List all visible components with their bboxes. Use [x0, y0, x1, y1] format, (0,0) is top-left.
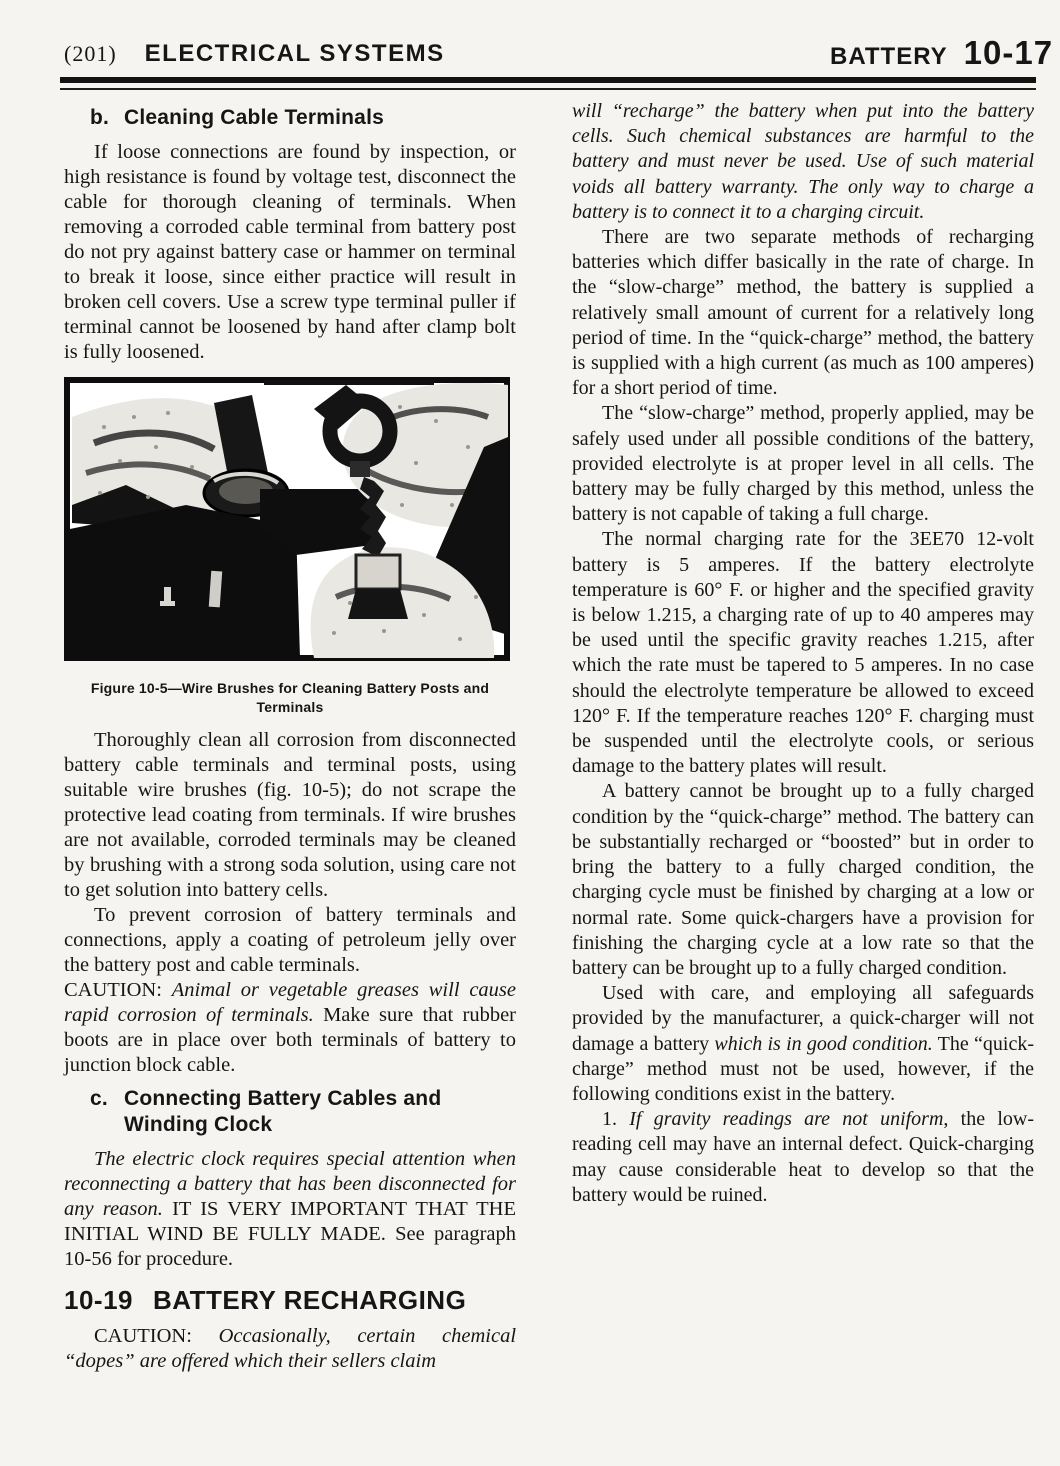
caution-label: CAUTION:	[94, 1325, 192, 1347]
heading-cleaning-cable-terminals: b. Cleaning Cable Terminals	[90, 105, 516, 131]
manual-page: (201) ELECTRICAL SYSTEMS BATTERY 10-17 b…	[0, 0, 1060, 1466]
figure-caption: Figure 10-5—Wire Brushes for Cleaning Ba…	[70, 679, 510, 717]
paragraph-thoroughly: Thoroughly clean all corrosion from disc…	[64, 728, 516, 903]
header-rule-thin	[60, 88, 1036, 90]
page-number: 10-17	[964, 34, 1053, 72]
caution-label: CAUTION:	[64, 979, 162, 1001]
paragraph-prevent-corrosion: To prevent corrosion of battery terminal…	[64, 903, 516, 978]
paragraph-charging-rate: The normal charging rate for the 3EE70 1…	[572, 527, 1034, 779]
paragraph-recharge-warning: will “recharge” the battery when put int…	[572, 99, 1034, 225]
heading-battery-recharging: 10-19 BATTERY RECHARGING	[64, 1285, 516, 1315]
page-reference: (201)	[64, 41, 117, 67]
right-column: will “recharge” the battery when put int…	[572, 99, 1034, 1208]
caution-dopes: CAUTION: Occasionally, certain chemical …	[64, 1324, 516, 1374]
paragraph-cleaning: If loose connections are found by inspec…	[64, 140, 516, 365]
paragraph-used-with-care: Used with care, and employing all safegu…	[572, 981, 1034, 1107]
caution-greases: CAUTION: Animal or vegetable greases wil…	[64, 978, 516, 1078]
paragraph-electric-clock: The electric clock requires special atte…	[64, 1147, 516, 1272]
paragraph-quick-charge: A battery cannot be brought up to a full…	[572, 779, 1034, 981]
wire-brush-photo	[64, 377, 510, 661]
header-right: BATTERY 10-17	[830, 34, 1053, 72]
left-column: b. Cleaning Cable Terminals If loose con…	[64, 97, 516, 1374]
section-title: BATTERY	[830, 43, 948, 71]
chapter-title: ELECTRICAL SYSTEMS	[145, 40, 445, 68]
header-rule-thick	[60, 77, 1036, 83]
list-item-gravity-readings: 1. If gravity readings are not uniform, …	[572, 1107, 1034, 1208]
figure-10-5-photo	[64, 377, 516, 666]
paragraph-slow-charge: The “slow-charge” method, properly appli…	[572, 401, 1034, 527]
paragraph-two-methods: There are two separate methods of rechar…	[572, 225, 1034, 401]
header-left: (201) ELECTRICAL SYSTEMS	[64, 40, 445, 68]
heading-connecting-battery-cables: c. Connecting Battery Cables and Winding…	[90, 1086, 516, 1138]
